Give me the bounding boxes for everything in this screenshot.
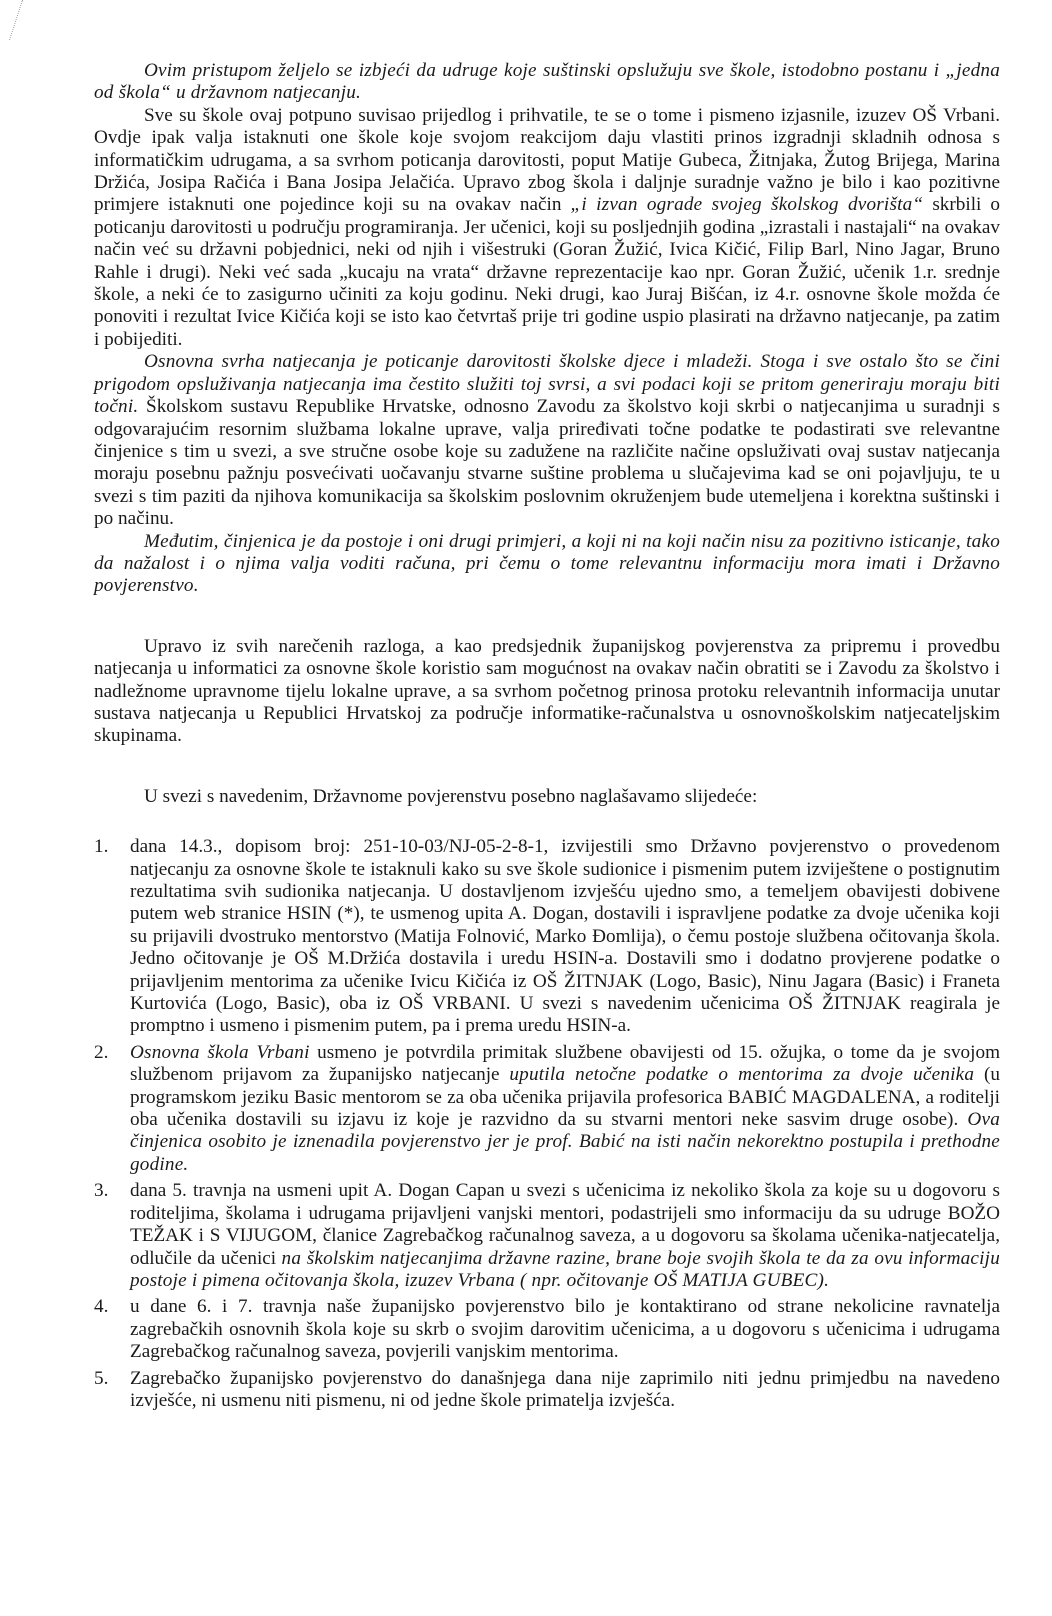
- list-item: 1. dana 14.3., dopisom broj: 251-10-03/N…: [94, 836, 1000, 1038]
- paragraph-however-italic: Međutim, činjenica je da postoje i oni d…: [94, 531, 1000, 598]
- paragraph-purpose: Osnovna svrha natjecanja je poticanje da…: [94, 351, 1000, 530]
- list-number: 2.: [94, 1042, 108, 1064]
- list-item-italic: uputila netočne podatke o mentorima za d…: [509, 1064, 974, 1085]
- list-number: 5.: [94, 1368, 108, 1390]
- paragraph-reasons: Upravo iz svih narečenih razloga, a kao …: [94, 636, 1000, 748]
- list-item: 3. dana 5. travnja na usmeni upit A. Dog…: [94, 1180, 1000, 1292]
- list-item-italic: Osnovna škola Vrbani: [130, 1042, 310, 1063]
- paragraph-schools-continued: skrbili o poticanju darovitosti u područ…: [94, 194, 1000, 349]
- paragraph-purpose-text: Školskom sustavu Republike Hrvatske, odn…: [94, 396, 1000, 529]
- list-number: 1.: [94, 836, 108, 858]
- numbered-list: 1. dana 14.3., dopisom broj: 251-10-03/N…: [94, 836, 1000, 1412]
- paragraph-intro-italic: Ovim pristupom željelo se izbjeći da udr…: [94, 60, 1000, 105]
- spacer: [94, 598, 1000, 636]
- paragraph-list-intro: U svezi s navedenim, Državnome povjerens…: [94, 786, 1000, 808]
- list-item: 5. Zagrebačko županijsko povjerenstvo do…: [94, 1368, 1000, 1413]
- paragraph-schools: Sve su škole ovaj potpuno suvisao prijed…: [94, 105, 1000, 351]
- list-item: 2. Osnovna škola Vrbani usmeno je potvrd…: [94, 1042, 1000, 1176]
- list-item-text: dana 14.3., dopisom broj: 251-10-03/NJ-0…: [130, 836, 1000, 1036]
- list-item-text: Zagrebačko županijsko povjerenstvo do da…: [130, 1368, 1000, 1411]
- paragraph-schools-quote: „i izvan ograde svojeg školskog dvorišta…: [571, 194, 924, 215]
- spacer: [94, 808, 1000, 836]
- list-item-text: u dane 6. i 7. travnja naše županijsko p…: [130, 1296, 1000, 1362]
- list-item: 4. u dane 6. i 7. travnja naše županijsk…: [94, 1296, 1000, 1363]
- scan-artifact: [0, 0, 23, 40]
- list-number: 3.: [94, 1180, 108, 1202]
- document-page: Ovim pristupom željelo se izbjeći da udr…: [94, 60, 1000, 1416]
- list-number: 4.: [94, 1296, 108, 1318]
- spacer: [94, 748, 1000, 786]
